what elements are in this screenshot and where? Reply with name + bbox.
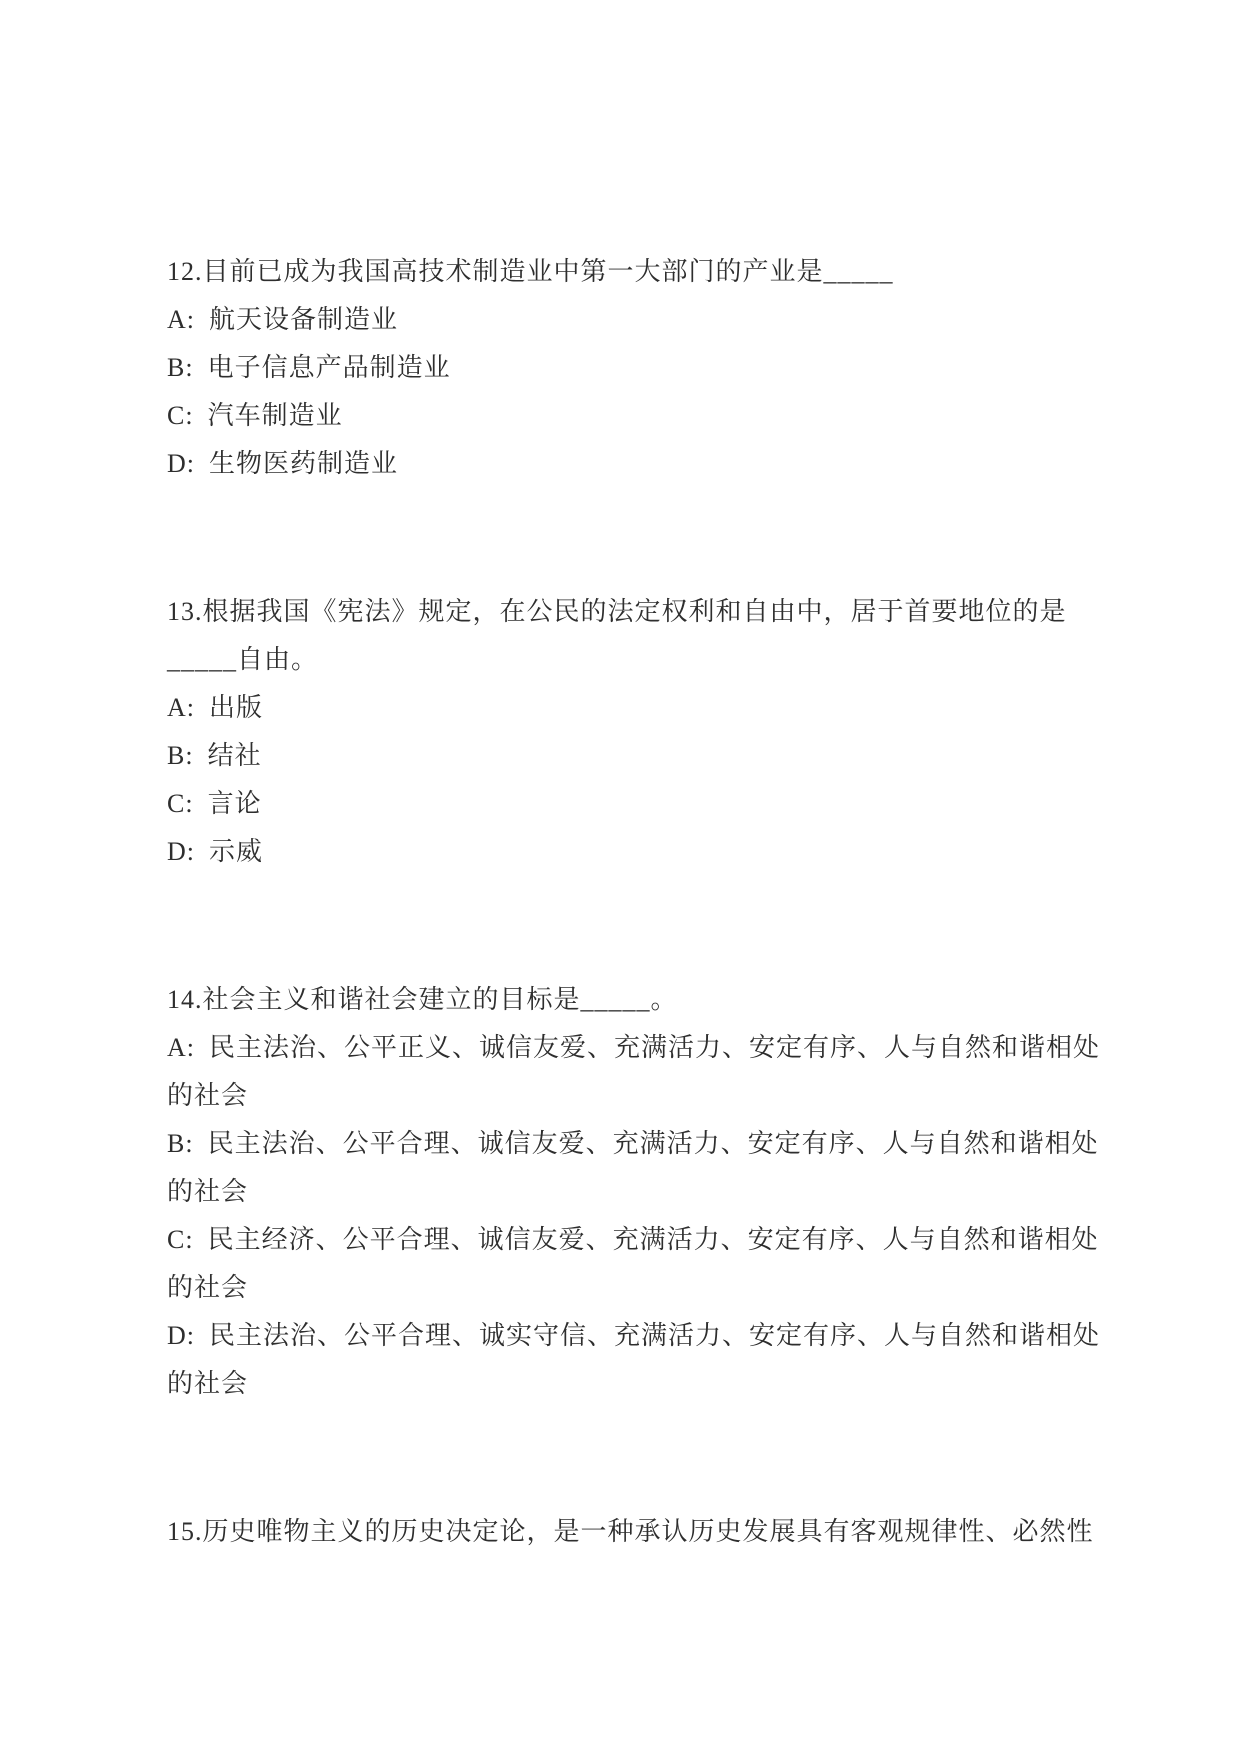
question-14-stem: 14.社会主义和谐社会建立的目标是_____。 (167, 976, 1060, 1024)
option-b-text: 民主法治、公平合理、诚信友爱、充满活力、安定有序、人与自然和谐相处 (208, 1129, 1099, 1158)
question-15-stem: 15.历史唯物主义的历史决定论，是一种承认历史发展具有客观规律性、必然性 (167, 1508, 1060, 1556)
option-c-label: C: (167, 789, 194, 818)
option-b-text: 结社 (208, 741, 262, 770)
question-15: 15.历史唯物主义的历史决定论，是一种承认历史发展具有客观规律性、必然性 (167, 1508, 1060, 1556)
option-b-label: B: (167, 1129, 194, 1158)
question-14-option-d: D:民主法治、公平合理、诚实守信、充满活力、安定有序、人与自然和谐相处 (167, 1312, 1060, 1360)
option-c-text: 民主经济、公平合理、诚信友爱、充满活力、安定有序、人与自然和谐相处 (208, 1225, 1099, 1254)
option-d-label: D: (167, 1321, 195, 1350)
question-12-stem: 12.目前已成为我国高技术制造业中第一大部门的产业是_____ (167, 248, 1060, 296)
question-14-option-d-continuation: 的社会 (167, 1360, 1060, 1408)
question-13-option-b: B:结社 (167, 732, 1060, 780)
question-14-option-b: B:民主法治、公平合理、诚信友爱、充满活力、安定有序、人与自然和谐相处 (167, 1120, 1060, 1168)
option-b-label: B: (167, 741, 194, 770)
question-13-option-c: C:言论 (167, 780, 1060, 828)
question-14-option-a: A:民主法治、公平正义、诚信友爱、充满活力、安定有序、人与自然和谐相处 (167, 1024, 1060, 1072)
option-c-text: 汽车制造业 (208, 401, 343, 430)
option-a-label: A: (167, 1033, 195, 1062)
question-12-option-c: C:汽车制造业 (167, 392, 1060, 440)
option-c-label: C: (167, 401, 194, 430)
document-page: 12.目前已成为我国高技术制造业中第一大部门的产业是_____ A:航天设备制造… (0, 0, 1240, 1753)
question-14: 14.社会主义和谐社会建立的目标是_____。 A:民主法治、公平正义、诚信友爱… (167, 976, 1060, 1408)
question-14-option-a-continuation: 的社会 (167, 1072, 1060, 1120)
question-13-option-a: A:出版 (167, 684, 1060, 732)
option-d-text: 民主法治、公平合理、诚实守信、充满活力、安定有序、人与自然和谐相处 (209, 1321, 1100, 1350)
option-c-label: C: (167, 1225, 194, 1254)
question-14-option-b-continuation: 的社会 (167, 1168, 1060, 1216)
option-b-label: B: (167, 353, 194, 382)
option-a-text: 出版 (209, 693, 263, 722)
question-14-option-c: C:民主经济、公平合理、诚信友爱、充满活力、安定有序、人与自然和谐相处 (167, 1216, 1060, 1264)
option-d-label: D: (167, 449, 195, 478)
option-a-label: A: (167, 693, 195, 722)
option-c-text: 言论 (208, 789, 262, 818)
option-d-label: D: (167, 837, 195, 866)
question-13: 13.根据我国《宪法》规定，在公民的法定权利和自由中，居于首要地位的是 ____… (167, 588, 1060, 876)
option-a-text: 航天设备制造业 (209, 305, 398, 334)
question-13-option-d: D:示威 (167, 828, 1060, 876)
option-b-text: 电子信息产品制造业 (208, 353, 451, 382)
option-a-label: A: (167, 305, 195, 334)
question-12-option-a: A:航天设备制造业 (167, 296, 1060, 344)
question-13-stem-line2: _____自由。 (167, 636, 1060, 684)
option-d-text: 生物医药制造业 (209, 449, 398, 478)
option-a-text: 民主法治、公平正义、诚信友爱、充满活力、安定有序、人与自然和谐相处 (209, 1033, 1100, 1062)
option-d-text: 示威 (209, 837, 263, 866)
question-12-option-b: B:电子信息产品制造业 (167, 344, 1060, 392)
question-13-stem-line1: 13.根据我国《宪法》规定，在公民的法定权利和自由中，居于首要地位的是 (167, 588, 1060, 636)
question-12: 12.目前已成为我国高技术制造业中第一大部门的产业是_____ A:航天设备制造… (167, 248, 1060, 488)
question-12-option-d: D:生物医药制造业 (167, 440, 1060, 488)
question-14-option-c-continuation: 的社会 (167, 1264, 1060, 1312)
